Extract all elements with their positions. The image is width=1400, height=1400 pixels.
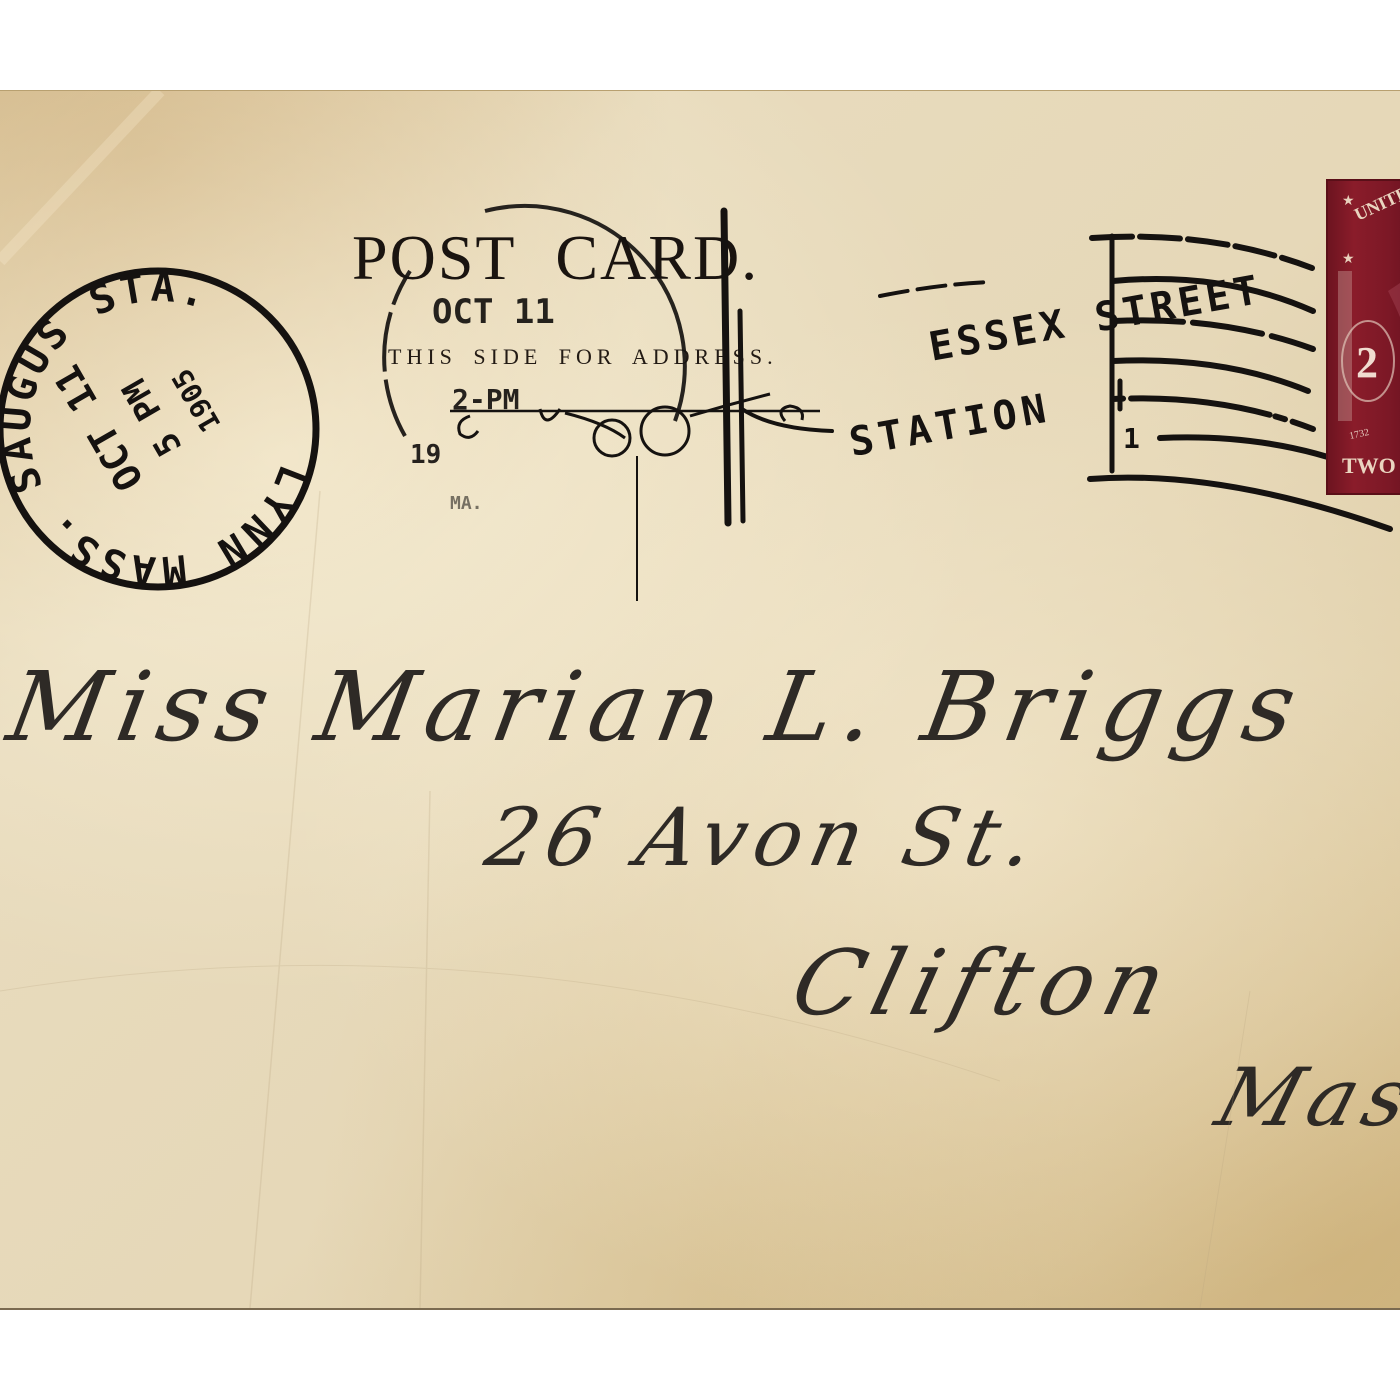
paper-creases xyxy=(0,91,1400,1308)
postcard: POST CARD. THIS SIDE FOR ADDRESS. LYNN M… xyxy=(0,90,1400,1310)
